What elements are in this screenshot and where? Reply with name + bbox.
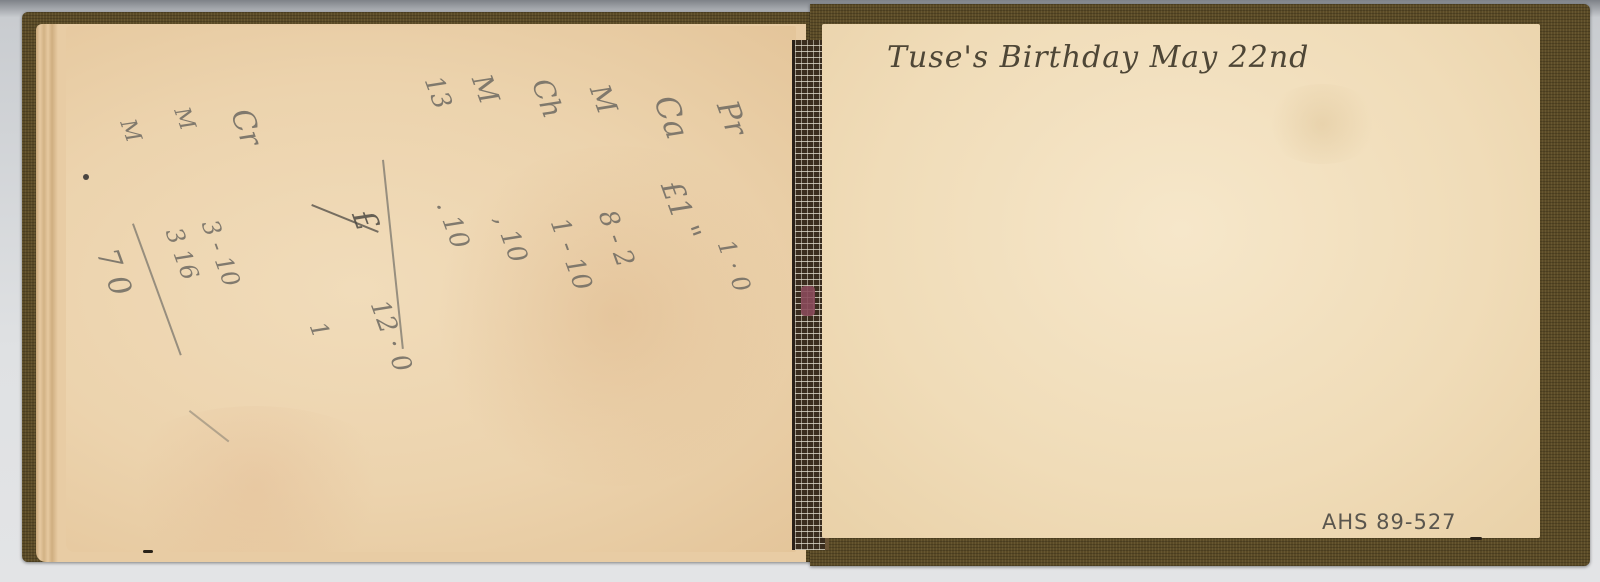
ink-dot [83, 174, 89, 180]
cover-nick [1470, 537, 1482, 540]
catalog-number: AHS 89-527 [1322, 510, 1457, 534]
paper-stain [1262, 84, 1382, 164]
paper-stain [106, 406, 406, 552]
page-title: Tuse's Birthday May 22nd [887, 40, 1309, 75]
paper-stain [426, 146, 796, 486]
right-page [822, 24, 1540, 538]
page-nick [143, 550, 153, 553]
binding-thread [801, 286, 815, 316]
